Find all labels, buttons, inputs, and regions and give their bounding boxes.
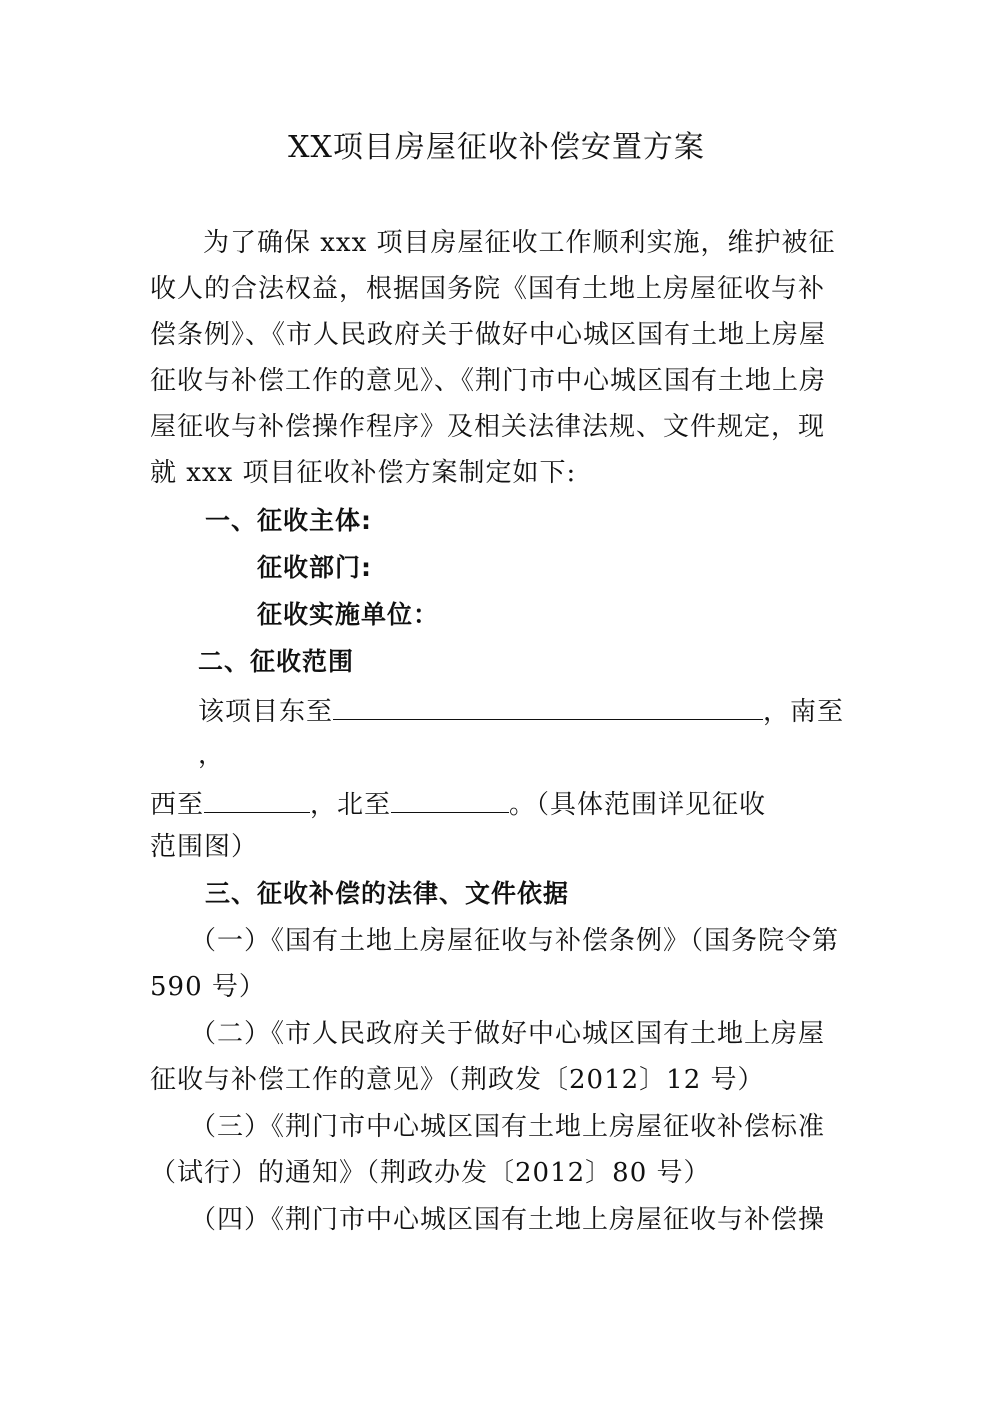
intro-line-1: 为了确保 xxx 项目房屋征收工作顺利实施，维护被征 xyxy=(203,228,836,258)
basis-item-2-line-2: 征收与补偿工作的意见》（荆政发〔2012〕12 号） xyxy=(150,1065,765,1095)
intro-line-2: 收人的合法权益，根据国务院《国有土地上房屋征收与补 xyxy=(150,274,825,304)
basis-item-1-line-1: （一）《国有土地上房屋征收与补偿条例》（国务院令第 xyxy=(190,926,839,956)
section-2-heading: 二、征收范围 xyxy=(198,647,354,677)
basis-item-4-line-1: （四）《荆门市中心城区国有土地上房屋征收与补偿操 xyxy=(190,1205,825,1235)
basis-item-1-line-2: 590 号） xyxy=(150,972,266,1002)
range-note: 。（具体范围详见征收 xyxy=(509,790,766,820)
range-note-continued: 范围图） xyxy=(150,832,258,862)
north-label: ，北至 xyxy=(310,790,391,820)
section-1-item-implementer: 征收实施单位： xyxy=(257,600,439,630)
section-1-heading: 一、征收主体: xyxy=(205,506,372,536)
document-page: XX项目房屋征收补偿安置方案 为了确保 xxx 项目房屋征收工作顺利实施，维护被… xyxy=(0,0,993,1404)
intro-line-6: 就 xxx 项目征收补偿方案制定如下: xyxy=(150,458,576,488)
south-label: ，南至 xyxy=(763,697,844,727)
basis-item-3-line-2: （试行）的通知》（荆政办发〔2012〕80 号） xyxy=(150,1158,711,1188)
west-prefix: 西至 xyxy=(150,790,204,820)
north-boundary-blank[interactable] xyxy=(391,786,509,813)
basis-item-3-line-1: （三）《荆门市中心城区国有土地上房屋征收补偿标准 xyxy=(190,1112,825,1142)
intro-line-5: 屋征收与补偿操作程序》及相关法律法规、文件规定，现 xyxy=(150,412,825,442)
section-1-item-department: 征收部门: xyxy=(257,553,372,583)
intro-line-3: 偿条例》、《市人民政府关于做好中心城区国有土地上房屋 xyxy=(150,320,826,350)
range-east-line: 该项目东至，南至 xyxy=(198,693,844,727)
east-boundary-blank[interactable] xyxy=(333,693,763,720)
basis-item-2-line-1: （二）《市人民政府关于做好中心城区国有土地上房屋 xyxy=(190,1019,825,1049)
east-prefix: 该项目东至 xyxy=(198,697,333,727)
section-3-heading: 三、征收补偿的法律、文件依据 xyxy=(205,879,569,909)
intro-line-4: 征收与补偿工作的意见》、《荆门市中心城区国有土地上房 xyxy=(150,366,826,396)
stray-comma: ， xyxy=(198,740,225,770)
range-west-line: 西至，北至。（具体范围详见征收 xyxy=(150,786,766,820)
west-boundary-blank[interactable] xyxy=(204,786,310,813)
document-title: XX项目房屋征收补偿安置方案 xyxy=(0,130,993,166)
